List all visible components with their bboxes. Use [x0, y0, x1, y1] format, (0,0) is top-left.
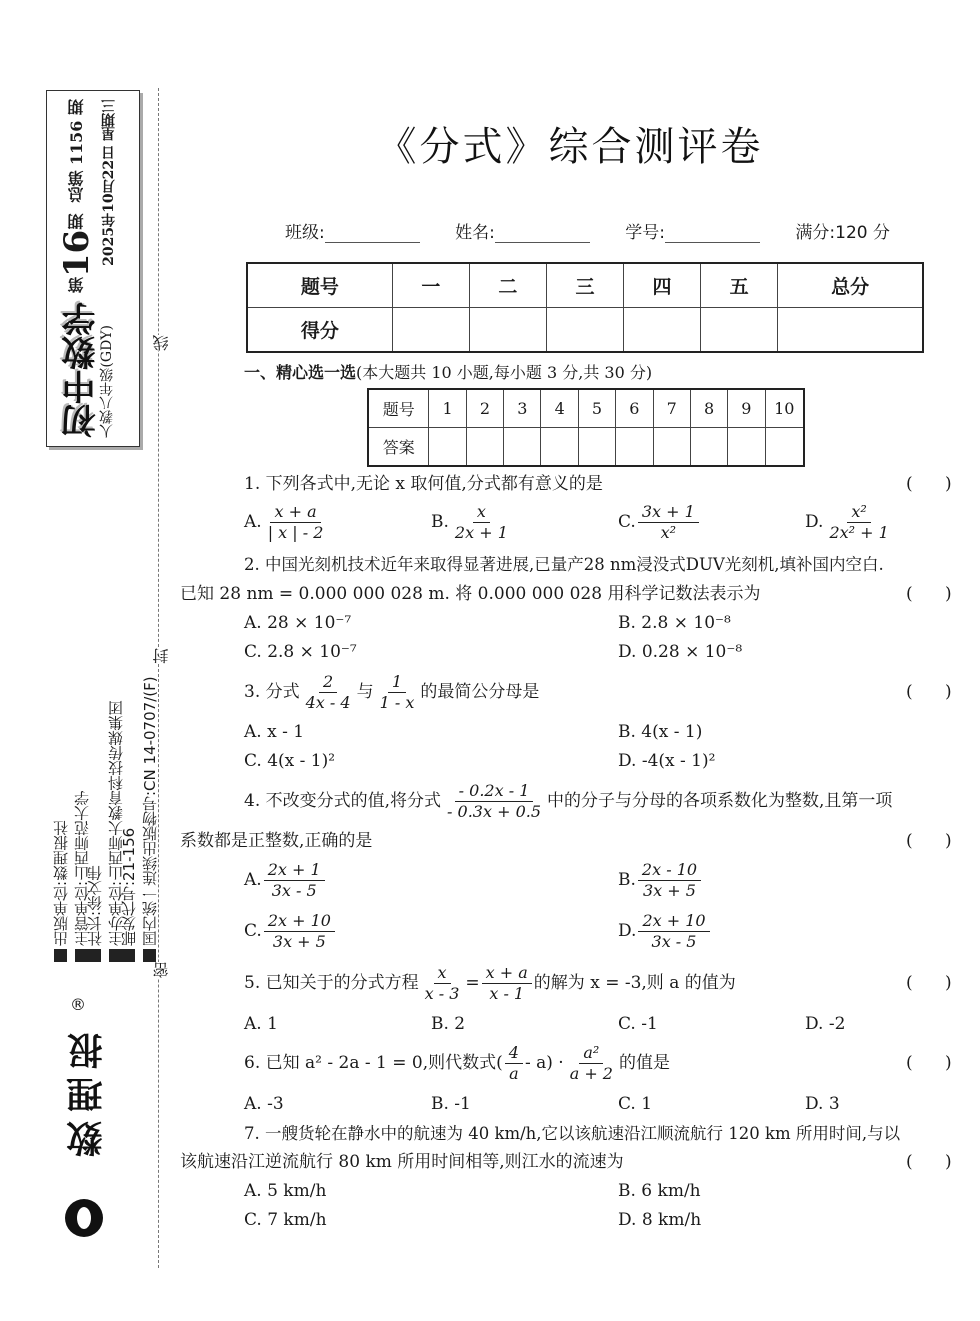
question-3-stem: 3. 分式24x - 4与11 - x的最简公分母是 [244, 672, 539, 713]
option-4a: A.2x + 13x - 5 [244, 860, 327, 901]
answer-row: 答案 [368, 428, 804, 467]
question-2-stem-line1: 2. 中国光刻机技术近年来取得显著进展,已量产28 nm浸没式DUV光刻机,填补… [244, 555, 884, 575]
answer-paren[interactable]: ( ) [906, 831, 952, 851]
question-4-stem: 4. 不改变分式的值,将分式- 0.2x - 1- 0.3x + 0.5中的分子… [244, 781, 892, 822]
option-7c: C. 7 km/h [244, 1210, 327, 1230]
option-3a: A. x - 1 [244, 722, 304, 742]
answer-row-label: 题号 [368, 389, 429, 428]
option-7a: A. 5 km/h [244, 1181, 326, 1201]
student-info-fields: 班级: 姓名: 学号: 满分:120 分 [285, 218, 890, 243]
president: 社长:徐文伟 [86, 866, 104, 946]
option-6b: B. -1 [431, 1094, 471, 1114]
option-7b: B. 6 km/h [618, 1181, 701, 1201]
score-table-header-row: 题号 一 二 三 四 五 总分 [247, 263, 923, 308]
option-4b: B.2x - 103x + 5 [618, 860, 703, 901]
logo-text: 数理报 [61, 1025, 112, 1157]
option-2d: D. 0.28 × 10⁻⁸ [618, 642, 742, 662]
issue-prefix: 第 [67, 277, 86, 293]
class-input[interactable] [325, 224, 420, 243]
option-2c: C. 2.8 × 10⁻⁷ [244, 642, 357, 662]
score-cell[interactable] [469, 308, 546, 353]
score-header-cell: 题号 [247, 263, 392, 308]
answer-cell[interactable] [578, 428, 615, 467]
answer-number-cell: 9 [728, 389, 765, 428]
option-2a: A. 28 × 10⁻⁷ [244, 613, 351, 633]
answer-cell[interactable] [616, 428, 653, 467]
answer-number-cell: 7 [653, 389, 690, 428]
score-cell[interactable] [546, 308, 623, 353]
postal-code: 邮发代号:21-156 [120, 828, 138, 946]
option-6c: C. 1 [618, 1094, 652, 1114]
issue-suffix: 期 [67, 214, 86, 230]
score-header-cell: 二 [469, 263, 546, 308]
option-6a: A. -3 [244, 1094, 284, 1114]
option-3c: C. 4(x - 1)² [244, 751, 335, 771]
score-cell[interactable] [701, 308, 778, 353]
answer-cell[interactable] [429, 428, 466, 467]
publisher: 出版单位:数理报社 [52, 821, 70, 946]
publisher-logo: ® 数理报 [55, 995, 110, 1245]
issue-number-value: 16 [57, 230, 97, 277]
score-header-cell: 一 [392, 263, 469, 308]
logo-emblem-icon [65, 1199, 103, 1237]
section-title: 一、精心选一选 [244, 363, 356, 382]
option-5b: B. 2 [431, 1014, 465, 1034]
option-5d: D. -2 [805, 1014, 845, 1034]
bullet-square-icon [123, 949, 136, 962]
option-3d: D. -4(x - 1)² [618, 751, 715, 771]
answer-cell[interactable] [728, 428, 765, 467]
cut-mark-line: 线 [150, 335, 173, 351]
bullet-square-icon [89, 949, 102, 962]
question-5-stem: 5. 已知关于的分式方程xx - 3=x + ax - 1的解为 x = -3,… [244, 963, 736, 1004]
answer-number-cell: 8 [690, 389, 727, 428]
score-header-cell: 三 [546, 263, 623, 308]
answer-paren[interactable]: ( ) [906, 1152, 952, 1172]
answer-cell[interactable] [653, 428, 690, 467]
registered-icon: ® [70, 995, 86, 1014]
name-input[interactable] [495, 224, 590, 243]
score-cell[interactable] [778, 308, 923, 353]
page-title: 《分式》综合测评卷 [0, 115, 980, 172]
score-header-cell: 四 [624, 263, 701, 308]
answer-cell[interactable] [504, 428, 541, 467]
option-7d: D. 8 km/h [618, 1210, 701, 1230]
answer-row-label: 答案 [368, 428, 429, 467]
question-1-stem: 1. 下列各式中,无论 x 取何值,分式都有意义的是 [244, 474, 603, 494]
score-cell[interactable] [392, 308, 469, 353]
answer-table: 题号 1 2 3 4 5 6 7 8 9 10 答案 [367, 388, 805, 467]
answer-number-row: 题号 1 2 3 4 5 6 7 8 9 10 [368, 389, 804, 428]
answer-cell[interactable] [466, 428, 503, 467]
score-header-cell: 五 [701, 263, 778, 308]
answer-number-cell: 4 [541, 389, 578, 428]
answer-paren[interactable]: ( ) [906, 973, 952, 993]
answer-cell[interactable] [690, 428, 727, 467]
cut-line [158, 88, 159, 1268]
option-3b: B. 4(x - 1) [618, 722, 702, 742]
question-6-stem: 6. 已知 a² - 2a - 1 = 0,则代数式(4a- a) ·a²a +… [244, 1043, 670, 1084]
option-5c: C. -1 [618, 1014, 658, 1034]
answer-paren[interactable]: ( ) [906, 584, 952, 604]
option-5a: A. 1 [244, 1014, 278, 1034]
option-4d: D.2x + 103x - 5 [618, 911, 712, 952]
name-label: 姓名: [455, 223, 495, 243]
score-row-label: 得分 [247, 308, 392, 353]
cn-number: 国内统一连续出版物号:CN 14-0707/(F) [141, 676, 159, 946]
score-cell[interactable] [624, 308, 701, 353]
student-id-input[interactable] [665, 224, 760, 243]
score-header-cell: 总分 [778, 263, 923, 308]
answer-paren[interactable]: ( ) [906, 474, 952, 494]
student-id-label: 学号: [625, 223, 665, 243]
answer-number-cell: 3 [504, 389, 541, 428]
cut-mark-secret: 密 [150, 962, 173, 978]
question-2-stem-line2: 已知 28 nm = 0.000 000 028 m. 将 0.000 000 … [180, 584, 760, 604]
section-note: (本大题共 10 小题,每小题 3 分,共 30 分) [356, 363, 652, 382]
score-table-score-row: 得分 [247, 308, 923, 353]
bullet-square-icon [55, 949, 68, 962]
option-1c: C.3x + 1x² [618, 502, 701, 543]
answer-paren[interactable]: ( ) [906, 1053, 952, 1073]
section-heading: 一、精心选一选(本大题共 10 小题,每小题 3 分,共 30 分) [244, 360, 652, 383]
answer-number-cell: 5 [578, 389, 615, 428]
answer-number-cell: 2 [466, 389, 503, 428]
score-table: 题号 一 二 三 四 五 总分 得分 [246, 262, 924, 353]
option-4c: C.2x + 103x + 5 [244, 911, 337, 952]
full-score: 满分:120 分 [795, 223, 890, 243]
edition: 人教八年级(GDY) [97, 325, 117, 438]
answer-paren[interactable]: ( ) [906, 682, 952, 702]
question-7-stem-line2: 该航速沿江逆流航行 80 km 所用时间相等,则江水的流速为 [180, 1152, 624, 1172]
answer-number-cell: 10 [765, 389, 804, 428]
option-2b: B. 2.8 × 10⁻⁸ [618, 613, 731, 633]
option-6d: D. 3 [805, 1094, 840, 1114]
option-1b: B.x2x + 1 [431, 502, 514, 543]
cut-mark-seal: 封 [150, 648, 173, 664]
answer-number-cell: 1 [429, 389, 466, 428]
option-1d: D.x²2x² + 1 [805, 502, 895, 543]
info-column-3: 邮发代号:21-156 国内统一连续出版物号:CN 14-0707/(F) [118, 462, 160, 962]
option-1a: A.x + a| x | - 2 [244, 502, 329, 543]
bullet-square-icon [144, 949, 157, 962]
class-label: 班级: [285, 223, 325, 243]
answer-cell[interactable] [765, 428, 804, 467]
answer-number-cell: 6 [616, 389, 653, 428]
question-4-stem-line2: 系数都是正整数,正确的是 [180, 831, 372, 851]
question-7-stem-line1: 7. 一艘货轮在静水中的航速为 40 km/h,它以该航速沿江顺流航行 120 … [244, 1124, 900, 1144]
answer-cell[interactable] [541, 428, 578, 467]
